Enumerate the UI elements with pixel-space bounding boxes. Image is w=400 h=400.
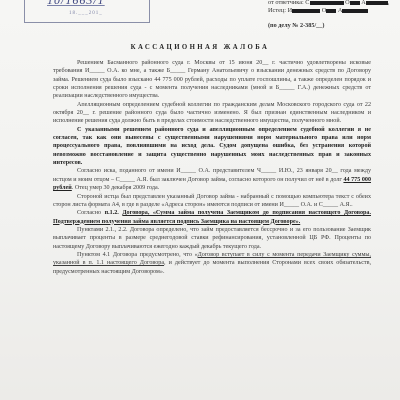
respondent-line: от ответчика: С О А,: [268, 0, 389, 7]
redaction-bar: [292, 9, 320, 13]
paragraph-claim-details: Согласно иска, поданного от имени И_____…: [53, 167, 371, 192]
parties-block: от ответчика: С О А, Истец: И О А: [268, 0, 389, 15]
paragraph-appeal-ruling: Апелляционным определением судебной колл…: [53, 101, 371, 126]
respondent-label: от ответчика: С: [268, 0, 310, 6]
paragraph-disagreement: С указанными решением районного суда и а…: [53, 126, 371, 168]
redaction-bar: [350, 1, 360, 5]
stamp-incoming-number: 10/1663/1: [47, 0, 105, 8]
case-number: (по делу № 2-385/__): [268, 22, 324, 29]
paragraph-contract-presented: Стороной истца был представлен указанный…: [53, 193, 371, 210]
redaction-bar: [366, 1, 388, 5]
scanned-document-page: вх. № 10/1663/1 18.___201_ от ответчика:…: [0, 0, 400, 400]
paragraph-district-court-decision: Решением Басманного районного суда г. Мо…: [53, 59, 371, 101]
plaintiff-label: Истец: И: [268, 7, 292, 14]
plaintiff-line: Истец: И О А: [268, 7, 389, 15]
clause-reference: п.1.2.: [105, 210, 119, 216]
redaction-bar: [310, 1, 344, 5]
document-title: КАССАЦИОННАЯ ЖАЛОБА: [0, 44, 400, 51]
stamp-incoming-label: вх. №: [29, 0, 44, 2]
paragraph-clauses-2-1-2-2: Пунктами 2.1., 2.2. Договора определено,…: [53, 226, 371, 251]
document-body: Решением Басманного районного суда г. Мо…: [53, 59, 371, 276]
paragraph-clause-4-1: Пунктом 4.1 Договора предусмотрено, что …: [53, 251, 371, 276]
redaction-bar: [326, 9, 336, 13]
stamp-date: 18.___201_: [69, 11, 103, 16]
redaction-bar: [342, 9, 368, 13]
incoming-registration-stamp: вх. № 10/1663/1 18.___201_: [24, 0, 150, 23]
paragraph-clause-1-2: Согласно п.1.2. Договора, «Сумма займа п…: [53, 209, 371, 226]
